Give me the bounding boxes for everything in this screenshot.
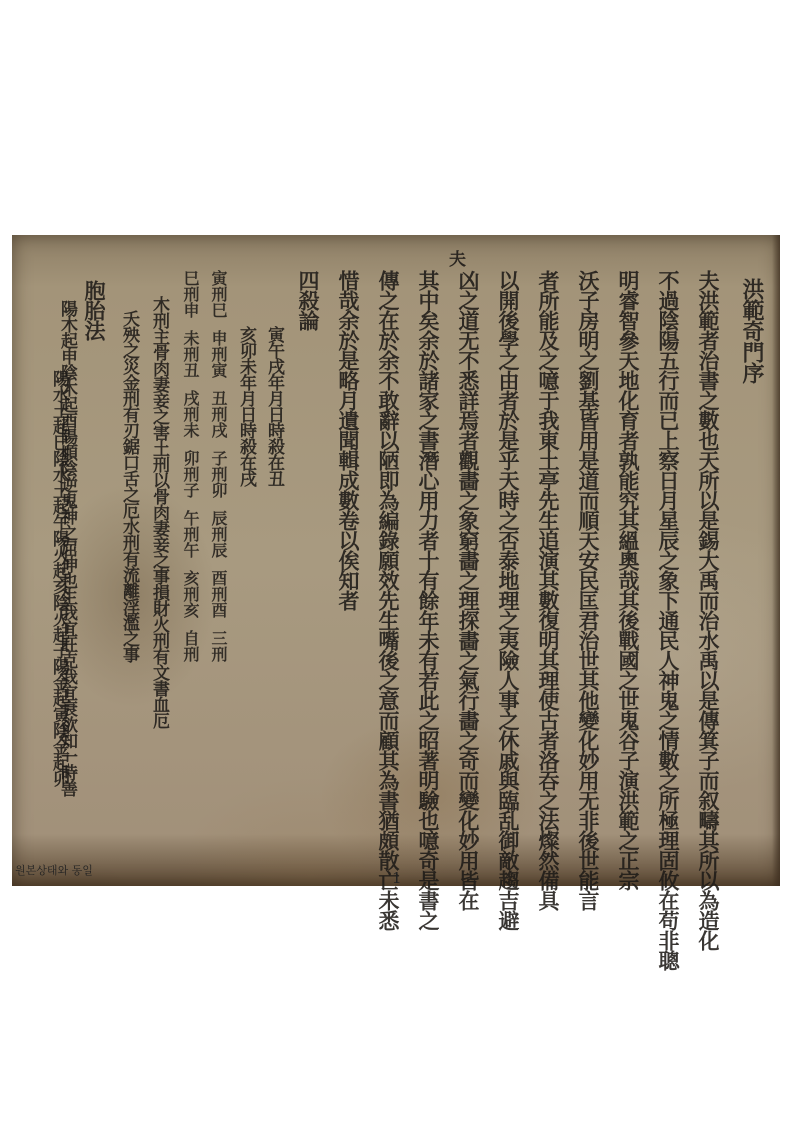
hyeong-pair: 卯刑子 <box>174 450 202 498</box>
hyeong-pair: 午刑午 <box>174 510 202 558</box>
sisal-section: 四殺論 寅午戌年月日時殺在丑 亥卯未年月日時殺在戌 <box>232 270 328 870</box>
hyeong-pair: 戌刑未 <box>174 390 202 438</box>
preface-column-10: 惜哉余於是略月遺聞輯成數卷以俟知者 <box>328 270 368 870</box>
manuscript-scan: 夫 洪範奇門序 夫洪範者治書之數也天所以是錫大禹而治水禹以是傳箕子而叙疇其所以為… <box>12 235 780 886</box>
hyeong-note-2: 夭殃之災金刑有刃鋸口舌之厄水刑有流離淫濫之事 <box>114 270 144 870</box>
header-character: 夫 <box>449 245 466 270</box>
hyeong-pair: 巳刑申 <box>174 270 202 318</box>
preface-column-1: 夫洪範者治書之數也天所以是錫大禹而治水禹以是傳箕子而叙疇其所以為造化 <box>688 270 728 870</box>
hyeong-pair: 丑刑戌 <box>202 390 230 438</box>
preface-column-5: 者所能及之噫于我東土亭先生追演其數復明其理使古者洛吞之法燦然備具 <box>528 270 568 870</box>
pothae-line-2: 陽木起申陰木起酉陽順陰逆鬼神之屈伸也生我宜旺克我宜衰欲知一時善 <box>52 270 82 870</box>
hyeong-section: 寅刑巳 申刑寅 丑刑戌 子刑卯 辰刑辰 酉刑酉 三刑 巳刑申 未刑丑 戌刑未 卯… <box>114 270 230 870</box>
preface-column-2: 不過陰陽五行而已上察日月星辰之象下通民人神鬼之情數之所極理固攸在苟非聰 <box>648 270 688 870</box>
hyeong-label: 三刑 <box>202 630 230 662</box>
text-columns: 洪範奇門序 夫洪範者治書之數也天所以是錫大禹而治水禹以是傳箕子而叙疇其所以為造化… <box>52 270 772 870</box>
original-condition-stamp: 원본상태와 동일 <box>15 862 93 878</box>
page-number: 1 <box>392 869 402 887</box>
preface-column-7: 凶之道无不悉詳焉者觀畵之象窮畵之理探畵之氣行畵之奇而變化妙用皆在 <box>448 270 488 870</box>
hyeong-pair: 子刑卯 <box>202 450 230 498</box>
sisal-line-1: 寅午戌年月日時殺在丑 <box>260 326 288 870</box>
preface-column-4: 沃子房明之劉基皆用是道而順天安民匡君治世其他變化妙用无非後世能言 <box>568 270 608 870</box>
sisal-line-2: 亥卯未年月日時殺在戌 <box>232 326 260 870</box>
hyeong-column-1: 寅刑巳 申刑寅 丑刑戌 子刑卯 辰刑辰 酉刑酉 三刑 <box>202 270 230 870</box>
hyeong-pair: 申刑寅 <box>202 330 230 378</box>
hyeong-label: 自刑 <box>174 630 202 662</box>
preface-column-6: 以開後學之由者於是乎天時之否泰地理之夷險人事之休戚與臨乱御敵趨吉避 <box>488 270 528 870</box>
hyeong-pair: 亥刑亥 <box>174 570 202 618</box>
hyeong-column-2: 巳刑申 未刑丑 戌刑未 卯刑子 午刑午 亥刑亥 自刑 <box>174 270 202 870</box>
pothae-section: 胞胎法 陽水土起巳陰水土起午陽火起亥陰火起子陽金起寅陰金起卯 陽木起申陰木起酉陽… <box>52 270 114 870</box>
hyeong-pair: 辰刑辰 <box>202 510 230 558</box>
preface-column-9: 傳之在於余不敢辭以陋即為編錄願效先生嘴後之意而顧其為書猶頗散亡未悉 <box>368 270 408 870</box>
hyeong-note-1: 木刑主骨肉妻妾之害土刑以骨肉妻妾之事損財火刑有文書血厄 <box>144 270 174 870</box>
sisal-heading: 四殺論 <box>288 270 328 870</box>
hyeong-pair: 寅刑巳 <box>202 270 230 318</box>
hyeong-pair: 酉刑酉 <box>202 570 230 618</box>
hyeong-pair: 未刑丑 <box>174 330 202 378</box>
preface-column-8: 其中矣余於諸家之書潛心用力者十有餘年未有若此之昭著明驗也噫奇是書之 <box>408 270 448 870</box>
document-title: 洪範奇門序 <box>732 270 772 870</box>
preface-column-3: 明睿智參天地化育者孰能究其縕奧哉其後戰國之世鬼谷子演洪範之正宗 <box>608 270 648 870</box>
